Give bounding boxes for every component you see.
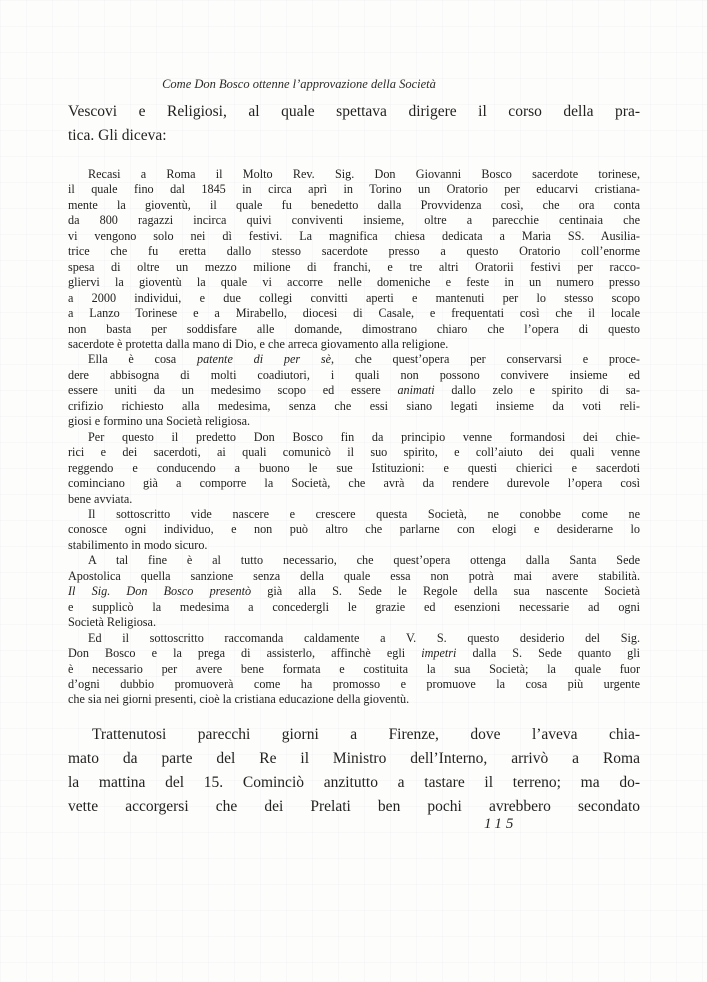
text-run: rici e dei sacerdoti, ai quali comunicò … [68,445,640,459]
text-run: sacerdote è protetta dalla mano di Dio, … [68,337,448,351]
text-line: il quale fino dal 1845 in circa aprì in … [68,182,640,197]
italic-text-run: patente di per sè [197,352,331,366]
text-run: a 2000 individui, e due collegi convitti… [68,291,640,305]
text-line: Per questo il predetto Don Bosco fin da … [68,430,640,445]
text-line: reggendo e conducendo a buono le sue Ist… [68,461,640,476]
text-run: che sia nei giorni presenti, cioè la cri… [68,692,409,706]
text-run: trice che fu eretta dallo stesso sacerdo… [68,244,640,258]
text-line: Il sottoscritto vide nascere e crescere … [68,507,640,522]
text-line: mato da parte del Re il Ministro dell’In… [68,747,640,771]
text-line: da 800 ragazzi incirca quivi conviventi … [68,213,640,228]
text-run: Apostolica quella sanzione senza della q… [68,569,640,583]
text-run: vette accorgersi che dei Prelati ben poc… [68,798,640,815]
text-line: Trattenutosi parecchi giorni a Firenze, … [68,723,640,747]
text-run: spesa di oltre un mezzo milione di franc… [68,260,640,274]
text-run: stabilimento in modo sicuro. [68,538,207,552]
text-column: Come Don Bosco ottenne l’approvazione de… [68,0,640,819]
text-run: a Lanzo Torinese e a Mirabello, diocesi … [68,306,640,320]
text-run: A tal fine è al tutto necessario, che qu… [88,553,640,567]
running-header: Come Don Bosco ottenne l’approvazione de… [68,77,530,92]
text-run: cominciano già a comporre la Società, ch… [68,476,640,490]
text-run: dallo zelo e spirito di sa- [435,383,640,397]
text-line: crifizio richiesto alla medesima, senza … [68,399,640,414]
text-line: Recasi a Roma il Molto Rev. Sig. Don Gio… [68,167,640,182]
text-line: bene avviata. [68,492,640,507]
text-line: Ed il sottoscritto raccomanda caldamente… [68,631,640,646]
text-line: sacerdote è protetta dalla mano di Dio, … [68,337,640,352]
text-run: mente la gioventù, il quale fu benedetto… [68,198,640,212]
text-line: conosce ogni individuo, e non può altro … [68,522,640,537]
text-line: essere uniti da un medesimo scopo ed ess… [68,383,640,398]
text-run: non basta per soddisfare alle domande, d… [68,322,640,336]
book-page: Come Don Bosco ottenne l’approvazione de… [0,0,707,982]
page-number: 115 [484,816,517,833]
text-run: Per questo il predetto Don Bosco fin da … [88,430,640,444]
text-run: bene avviata. [68,492,132,506]
text-run: è necessario per avere bene formata e co… [68,662,640,676]
text-run: e supplicò la medesima a concedergli le … [68,600,640,614]
text-line: vi vengono solo nei dì festivi. La magni… [68,229,640,244]
text-line: gliervi la gioventù la quale vi accorre … [68,275,640,290]
italic-text-run: impetri [421,646,456,660]
letter-paragraph: Il sottoscritto vide nascere e crescere … [68,507,640,553]
text-line: cominciano già a comporre la Società, ch… [68,476,640,491]
letter-paragraph: Recasi a Roma il Molto Rev. Sig. Don Gio… [68,167,640,352]
text-run: Recasi a Roma il Molto Rev. Sig. Don Gio… [88,167,640,181]
letter-paragraph: Ella è cosa patente di per sè, che quest… [68,352,640,429]
text-run: gliervi la gioventù la quale vi accorre … [68,275,640,289]
text-line: Apostolica quella sanzione senza della q… [68,569,640,584]
text-line: stabilimento in modo sicuro. [68,538,640,553]
italic-text-run: animati [397,383,434,397]
text-run: d’ogni dubbio promuoverà come ha promoss… [68,677,640,691]
text-run: il quale fino dal 1845 in circa aprì in … [68,182,640,196]
text-run: Vescovi e Religiosi, al quale spettava d… [68,103,640,120]
text-run: Il sottoscritto vide nascere e crescere … [88,507,640,521]
text-run: conosce ogni individuo, e non può altro … [68,522,640,536]
text-line: spesa di oltre un mezzo milione di franc… [68,260,640,275]
text-line: a Lanzo Torinese e a Mirabello, diocesi … [68,306,640,321]
text-run: Trattenutosi parecchi giorni a Firenze, … [92,726,640,743]
text-run: essere uniti da un medesimo scopo ed ess… [68,383,397,397]
text-line: non basta per soddisfare alle domande, d… [68,322,640,337]
text-run: già alla S. Sede le Regole della sua nas… [251,584,640,598]
text-run: mato da parte del Re il Ministro dell’In… [68,750,640,767]
text-run: vi vengono solo nei dì festivi. La magni… [68,229,640,243]
text-line: Vescovi e Religiosi, al quale spettava d… [68,100,640,124]
text-line: A tal fine è al tutto necessario, che qu… [68,553,640,568]
text-run: la mattina del 15. Cominciò anzitutto a … [68,774,640,791]
text-run: da 800 ragazzi incirca quivi conviventi … [68,213,640,227]
closing-paragraph: Trattenutosi parecchi giorni a Firenze, … [68,723,640,819]
text-line: a 2000 individui, e due collegi convitti… [68,291,640,306]
text-run: dere abbisogna di molti coadiutori, i qu… [68,368,640,382]
text-line: tica. Gli diceva: [68,124,640,148]
text-line: trice che fu eretta dallo stesso sacerdo… [68,244,640,259]
text-line: dere abbisogna di molti coadiutori, i qu… [68,368,640,383]
text-run: Ed il sottoscritto raccomanda caldamente… [88,631,640,645]
text-line: che sia nei giorni presenti, cioè la cri… [68,692,640,707]
text-run: , che quest’opera per conservarsi e proc… [331,352,640,366]
text-line: è necessario per avere bene formata e co… [68,662,640,677]
text-run: tica. Gli diceva: [68,127,167,144]
text-line: mente la gioventù, il quale fu benedetto… [68,198,640,213]
text-run: Società Religiosa. [68,615,156,629]
text-run: Ella è cosa [88,352,197,366]
text-line: Don Bosco e la prega di assisterlo, affi… [68,646,640,661]
text-line: rici e dei sacerdoti, ai quali comunicò … [68,445,640,460]
letter-paragraph: Per questo il predetto Don Bosco fin da … [68,430,640,507]
text-run: crifizio richiesto alla medesima, senza … [68,399,640,413]
text-line: la mattina del 15. Cominciò anzitutto a … [68,771,640,795]
text-line: d’ogni dubbio promuoverà come ha promoss… [68,677,640,692]
text-line: giosi e formino una Società religiosa. [68,414,640,429]
text-line: Il Sig. Don Bosco presentò già alla S. S… [68,584,640,599]
text-line: vette accorgersi che dei Prelati ben poc… [68,795,640,819]
quoted-letter-block: Recasi a Roma il Molto Rev. Sig. Don Gio… [68,167,640,708]
text-run: giosi e formino una Società religiosa. [68,414,250,428]
italic-text-run: Il Sig. Don Bosco presentò [68,584,251,598]
text-line: e supplicò la medesima a concedergli le … [68,600,640,615]
text-run: Don Bosco e la prega di assisterlo, affi… [68,646,421,660]
text-line: Società Religiosa. [68,615,640,630]
text-line: Ella è cosa patente di per sè, che quest… [68,352,640,367]
text-run: dalla S. Sede quanto gli [456,646,640,660]
text-run: reggendo e conducendo a buono le sue Ist… [68,461,640,475]
intro-paragraph: Vescovi e Religiosi, al quale spettava d… [68,100,640,148]
letter-paragraph: A tal fine è al tutto necessario, che qu… [68,553,640,630]
letter-paragraph: Ed il sottoscritto raccomanda caldamente… [68,631,640,708]
